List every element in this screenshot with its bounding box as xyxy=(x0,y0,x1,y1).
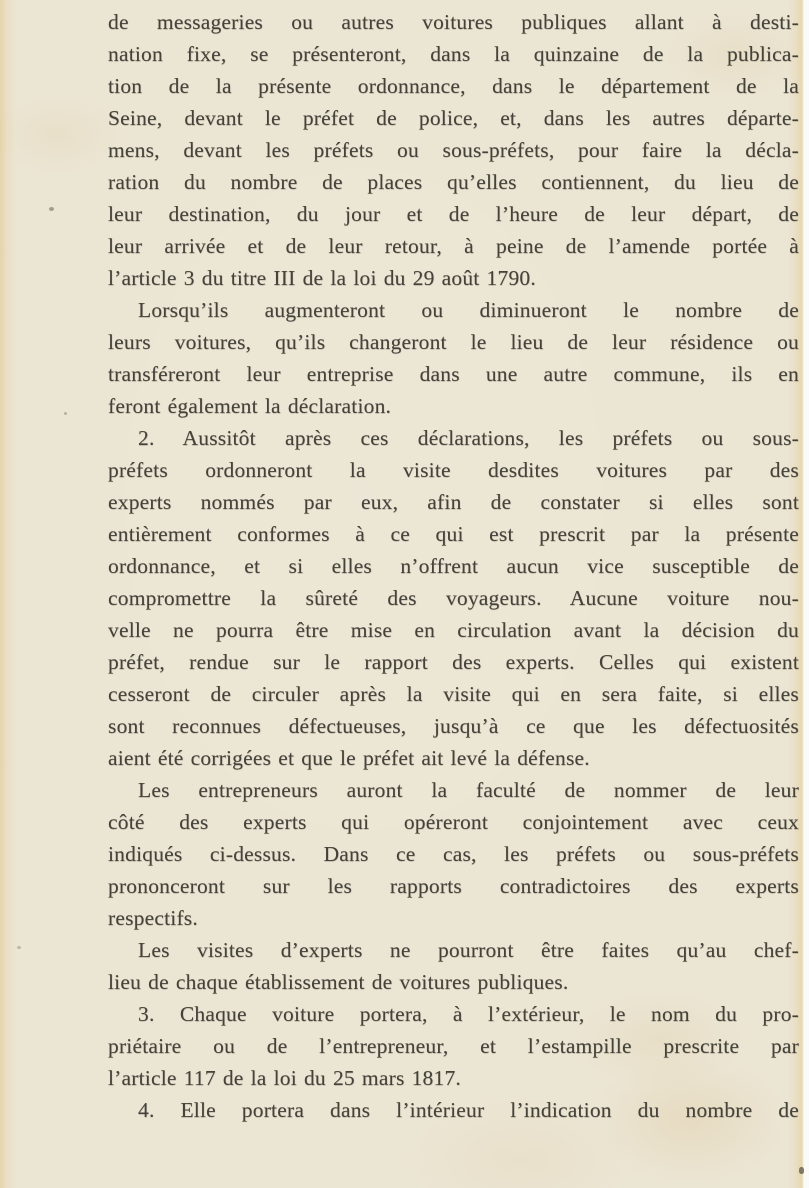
text-line: nation fixe, se présenteront, dans la qu… xyxy=(108,38,799,70)
text-line: experts nommés par eux, afin de constate… xyxy=(108,486,799,518)
text-line: ordonnance, et si elles n’offrent aucun … xyxy=(108,550,799,582)
text-line: respectifs. xyxy=(108,902,799,934)
text-line: cesseront de circuler après la visite qu… xyxy=(108,678,799,710)
text-line: ration du nombre de places qu’elles cont… xyxy=(108,166,799,198)
document-page: de messageries ou autres voitures publiq… xyxy=(0,0,809,1188)
text-line: velle ne pourra être mise en circulation… xyxy=(108,614,799,646)
text-line: entièrement conformes à ce qui est presc… xyxy=(108,518,799,550)
text-line: leur arrivée et de leur retour, à peine … xyxy=(108,230,799,262)
paper-speck xyxy=(17,946,21,949)
text-line: Les entrepreneurs auront la faculté de n… xyxy=(108,774,799,806)
paper-speck xyxy=(799,1167,804,1174)
text-line: aient été corrigées et que le préfet ait… xyxy=(108,742,799,774)
text-line: sont reconnues défectueuses, jusqu’à ce … xyxy=(108,710,799,742)
paper-speck xyxy=(64,412,67,415)
text-line: Seine, devant le préfet de police, et, d… xyxy=(108,102,799,134)
text-line: 2. Aussitôt après ces déclarations, les … xyxy=(108,422,799,454)
text-line: mens, devant les préfets ou sous-préfets… xyxy=(108,134,799,166)
text-line: lieu de chaque établissement de voitures… xyxy=(108,966,799,998)
text-line: leur destination, du jour et de l’heure … xyxy=(108,198,799,230)
text-line: 3. Chaque voiture portera, à l’extérieur… xyxy=(108,998,799,1030)
text-line: 4. Elle portera dans l’intérieur l’indic… xyxy=(108,1094,799,1126)
text-line: tion de la présente ordonnance, dans le … xyxy=(108,70,799,102)
text-line: prononceront sur les rapports contradict… xyxy=(108,870,799,902)
text-line: l’article 117 de la loi du 25 mars 1817. xyxy=(108,1062,799,1094)
text-line: compromettre la sûreté des voyageurs. Au… xyxy=(108,582,799,614)
text-line: préfets ordonneront la visite desdites v… xyxy=(108,454,799,486)
text-line: l’article 3 du titre III de la loi du 29… xyxy=(108,262,799,294)
text-line: transféreront leur entreprise dans une a… xyxy=(108,358,799,390)
text-line: côté des experts qui opéreront conjointe… xyxy=(108,806,799,838)
text-line: indiqués ci-dessus. Dans ce cas, les pré… xyxy=(108,838,799,870)
text-line: Les visites d’experts ne pourront être f… xyxy=(108,934,799,966)
text-line: préfet, rendue sur le rapport des expert… xyxy=(108,646,799,678)
text-line: de messageries ou autres voitures publiq… xyxy=(108,6,799,38)
text-line: priétaire ou de l’entrepreneur, et l’est… xyxy=(108,1030,799,1062)
text-line: leurs voitures, qu’ils changeront le lie… xyxy=(108,326,799,358)
text-block: de messageries ou autres voitures publiq… xyxy=(108,6,799,1126)
paper-speck xyxy=(49,207,54,211)
text-line: Lorsqu’ils augmenteront ou diminueront l… xyxy=(108,294,799,326)
text-line: feront également la déclaration. xyxy=(108,390,799,422)
paper-speck xyxy=(190,1007,193,1010)
